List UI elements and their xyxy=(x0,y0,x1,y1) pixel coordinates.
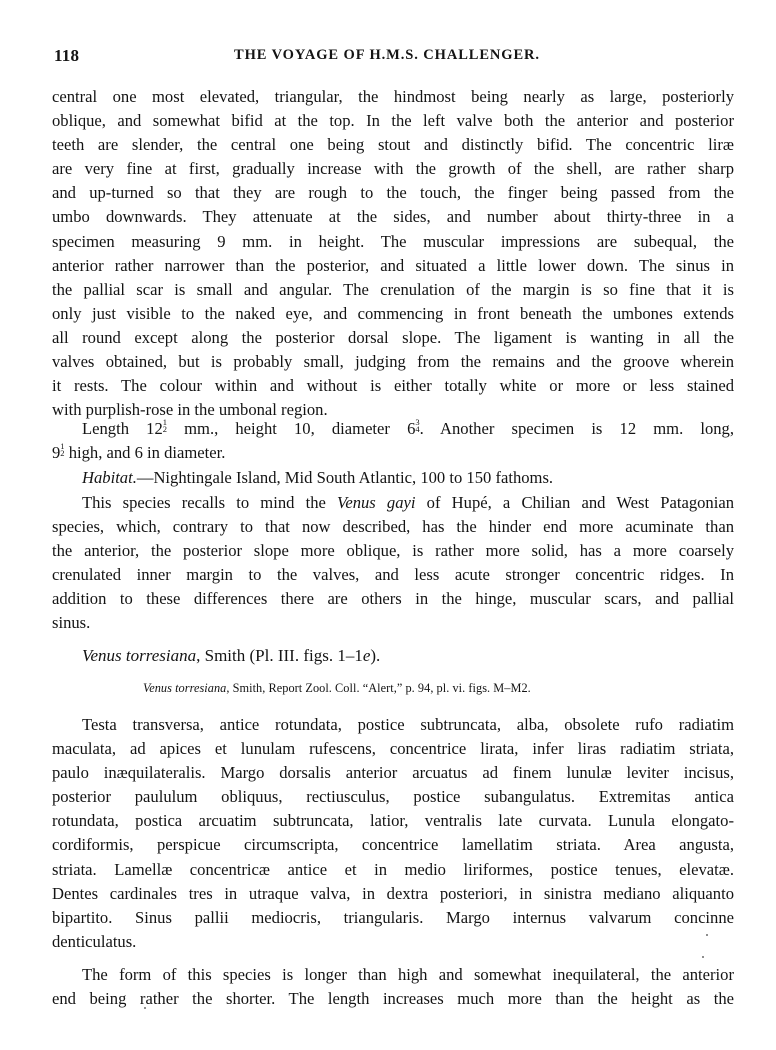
running-head: THE VOYAGE OF H.M.S. CHALLENGER. xyxy=(234,47,540,64)
text-line: the pallial scar is small and angular. T… xyxy=(52,278,734,302)
measure-text: high, and 6 in diameter. xyxy=(65,443,226,462)
synonymy-citation: Venus torresiana, Smith, Report Zool. Co… xyxy=(143,681,531,696)
text-line: end being rather the shorter. The length… xyxy=(52,987,734,1011)
document-page: 118 THE VOYAGE OF H.M.S. CHALLENGER. cen… xyxy=(0,0,776,1050)
page-number: 118 xyxy=(54,46,79,66)
text-line: The form of this species is longer than … xyxy=(52,963,734,987)
measure-text: mm., height 10, diameter 6 xyxy=(167,419,415,438)
measure-text: 9 xyxy=(52,443,60,462)
species-reference: Venus gayi xyxy=(337,493,415,512)
text-line: This species recalls to mind the Venus g… xyxy=(52,491,734,515)
habitat-paragraph: Habitat.—Nightingale Island, Mid South A… xyxy=(52,466,734,490)
remarks-paragraph: This species recalls to mind the Venus g… xyxy=(52,491,734,636)
text-line: striata. Lamellæ concentricæ antice et i… xyxy=(52,858,734,882)
species-name: Venus torresiana xyxy=(82,646,196,665)
scan-speck xyxy=(702,956,704,958)
text-line: crenulated inner margin to the valves, a… xyxy=(52,563,734,587)
text-line: the anterior, the posterior slope more o… xyxy=(52,539,734,563)
text-line: umbo downwards. They attenuate at the si… xyxy=(52,205,734,229)
text-line: Habitat.—Nightingale Island, Mid South A… xyxy=(52,466,734,490)
text-line: sinus. xyxy=(52,611,734,635)
text-line: oblique, and somewhat bifid at the top. … xyxy=(52,109,734,133)
text-line: species, which, contrary to that now des… xyxy=(52,515,734,539)
measure-text: Length 12 xyxy=(82,419,163,438)
text-line: cordiformis, perspicue circumscripta, co… xyxy=(52,833,734,857)
measurements-paragraph: Length 1212 mm., height 10, diameter 634… xyxy=(52,417,734,465)
measure-text: . Another specimen is 12 mm. long, xyxy=(420,419,734,438)
latin-description: Testa transversa, antice rotundata, post… xyxy=(52,713,734,954)
text-line: only just visible to the naked eye, and … xyxy=(52,302,734,326)
closing-paragraph: The form of this species is longer than … xyxy=(52,963,734,1011)
text-line: rotundata, postica arcuatim subtruncata,… xyxy=(52,809,734,833)
synonym-name: Venus torresiana xyxy=(143,681,226,695)
description-paragraph: central one most elevated, triangular, t… xyxy=(52,85,734,422)
text-line: valves obtained, but is probably small, … xyxy=(52,350,734,374)
text-line: Testa transversa, antice rotundata, post… xyxy=(52,713,734,737)
text-line: it rests. The colour within and without … xyxy=(52,374,734,398)
text-line: central one most elevated, triangular, t… xyxy=(52,85,734,109)
text-line: anterior rather narrower than the poster… xyxy=(52,254,734,278)
text-line: paulo inæquilateralis. Margo dorsalis an… xyxy=(52,761,734,785)
habitat-text: —Nightingale Island, Mid South Atlantic,… xyxy=(137,468,553,487)
text-line: Length 1212 mm., height 10, diameter 634… xyxy=(52,417,734,441)
scan-speck xyxy=(144,1007,146,1009)
text-line: teeth are slender, the central one being… xyxy=(52,133,734,157)
text-line: posterior paululum obliquus, rectiusculu… xyxy=(52,785,734,809)
scan-speck xyxy=(706,934,708,936)
text-line: specimen measuring 9 mm. in height. The … xyxy=(52,230,734,254)
text-line: maculata, ad apices et lunulam rufescens… xyxy=(52,737,734,761)
synonym-text: , Smith, Report Zool. Coll. “Alert,” p. … xyxy=(226,681,530,695)
text-line: 912 high, and 6 in diameter. xyxy=(52,441,734,465)
text-line: bipartito. Sinus pallii mediocris, trian… xyxy=(52,906,734,930)
text-line: addition to these differences there are … xyxy=(52,587,734,611)
text-line: and up-turned so that they are rough to … xyxy=(52,181,734,205)
text-line: are very fine at first, gradually increa… xyxy=(52,157,734,181)
species-heading: Venus torresiana, Smith (Pl. III. figs. … xyxy=(82,646,380,666)
page-header: 118 THE VOYAGE OF H.M.S. CHALLENGER. xyxy=(54,46,734,70)
text-line: denticulatus. xyxy=(52,930,734,954)
habitat-label: Habitat. xyxy=(82,468,137,487)
text-line: Dentes cardinales tres in utraque valva,… xyxy=(52,882,734,906)
text-line: all round except along the posterior dor… xyxy=(52,326,734,350)
